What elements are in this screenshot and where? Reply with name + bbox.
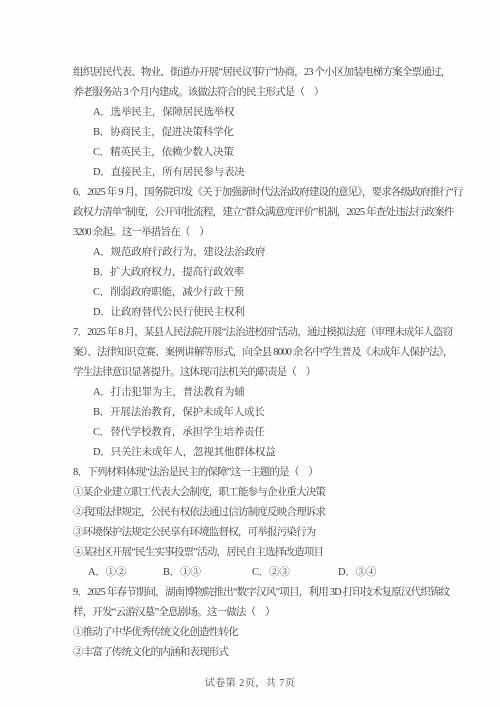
- question-text-line: 组织居民代表、物业、街道办开展“居民议事厅”协商，23 个小区加装电梯方案全票通…: [73, 63, 435, 83]
- question-text-line: ②我国法律规定，公民有权依法通过信访制度反映合理诉求: [73, 503, 435, 523]
- question-text-line: 3200 余起。这一举措旨在（ ）: [73, 223, 435, 243]
- question-text-line: 样，开发“云游汉墓”全息剧场。这一做法（ ）: [73, 603, 435, 623]
- question-text-line: ④某社区开展“民生实事投票”活动，居民自主选择改造项目: [73, 543, 435, 563]
- question-text-line: 7．2025 年 8 月，某县人民法院开展“法治进校园”活动，通过模拟法庭（审理…: [73, 323, 435, 343]
- question-text-line: 案）、法律知识竞赛、案例讲解等形式，向全县 8000 余名中学生普及《未成年人保…: [73, 343, 435, 363]
- answer-choice: B．①③: [163, 563, 201, 583]
- option-line: D．让政府替代公民行使民主权利: [73, 303, 435, 323]
- option-line: A．规范政府行政行为，建设法治政府: [73, 243, 435, 263]
- answer-choice: D．③④: [338, 563, 376, 583]
- question-text-line: 8．下列材料体现“法治是民主的保障”这一主题的是（ ）: [73, 463, 435, 483]
- question-text-line: ③环境保护法规定公民享有环境监督权，可举报污染行为: [73, 523, 435, 543]
- question-text-line: 9．2025 年春节期间，湖南博物院推出“数字汉风”项目，利用 3D 打印技术复…: [73, 583, 435, 603]
- exam-content-block: 组织居民代表、物业、街道办开展“居民议事厅”协商，23 个小区加装电梯方案全票通…: [73, 63, 435, 663]
- option-line: A．选举民主，保障居民选举权: [73, 103, 435, 123]
- option-line: C．替代学校教育，承担学生培养责任: [73, 423, 435, 443]
- option-line: D．直接民主，所有居民参与表决: [73, 163, 435, 183]
- option-line: B．扩大政府权力，提高行政效率: [73, 263, 435, 283]
- question-text-line: 政权力清单”制度，公开审批流程，建立“群众满意度评价”机制，2025 年查处违法…: [73, 203, 435, 223]
- question-text-line: 6．2025 年 9 月，国务院印发《关于加强新时代法治政府建设的意见》，要求各…: [73, 183, 435, 203]
- question-text-line: 学生法律意识显著提升。这体现司法机关的职责是（ ）: [73, 363, 435, 383]
- option-line: B．协商民主，促进决策科学化: [73, 123, 435, 143]
- question-text-line: ①某企业建立职工代表大会制度，职工能参与企业重大决策: [73, 483, 435, 503]
- question-text-line: ①推动了中华优秀传统文化创造性转化: [73, 623, 435, 643]
- option-line: B．开展法治教育，保护未成年人成长: [73, 403, 435, 423]
- option-line: D．只关注未成年人，忽视其他群体权益: [73, 443, 435, 463]
- exam-paper-page: 组织居民代表、物业、街道办开展“居民议事厅”协商，23 个小区加装电梯方案全票通…: [0, 0, 500, 707]
- question-text-line: ②丰富了传统文化的内涵和表现形式: [73, 643, 435, 663]
- option-line: C．削弱政府职能，减少行政干预: [73, 283, 435, 303]
- page-footer: 试卷第 2页，共 7页: [0, 674, 500, 689]
- answer-choice: C．②③: [252, 563, 290, 583]
- option-line: C．精英民主，依赖少数人决策: [73, 143, 435, 163]
- answer-choices-row: A．①②B．①③C．②③D．③④: [73, 563, 435, 583]
- answer-choice: A．①②: [88, 563, 126, 583]
- option-line: A．打击犯罪为主，普法教育为辅: [73, 383, 435, 403]
- question-text-line: 养老服务站 3 个月内建成。该做法符合的民主形式是（ ）: [73, 83, 435, 103]
